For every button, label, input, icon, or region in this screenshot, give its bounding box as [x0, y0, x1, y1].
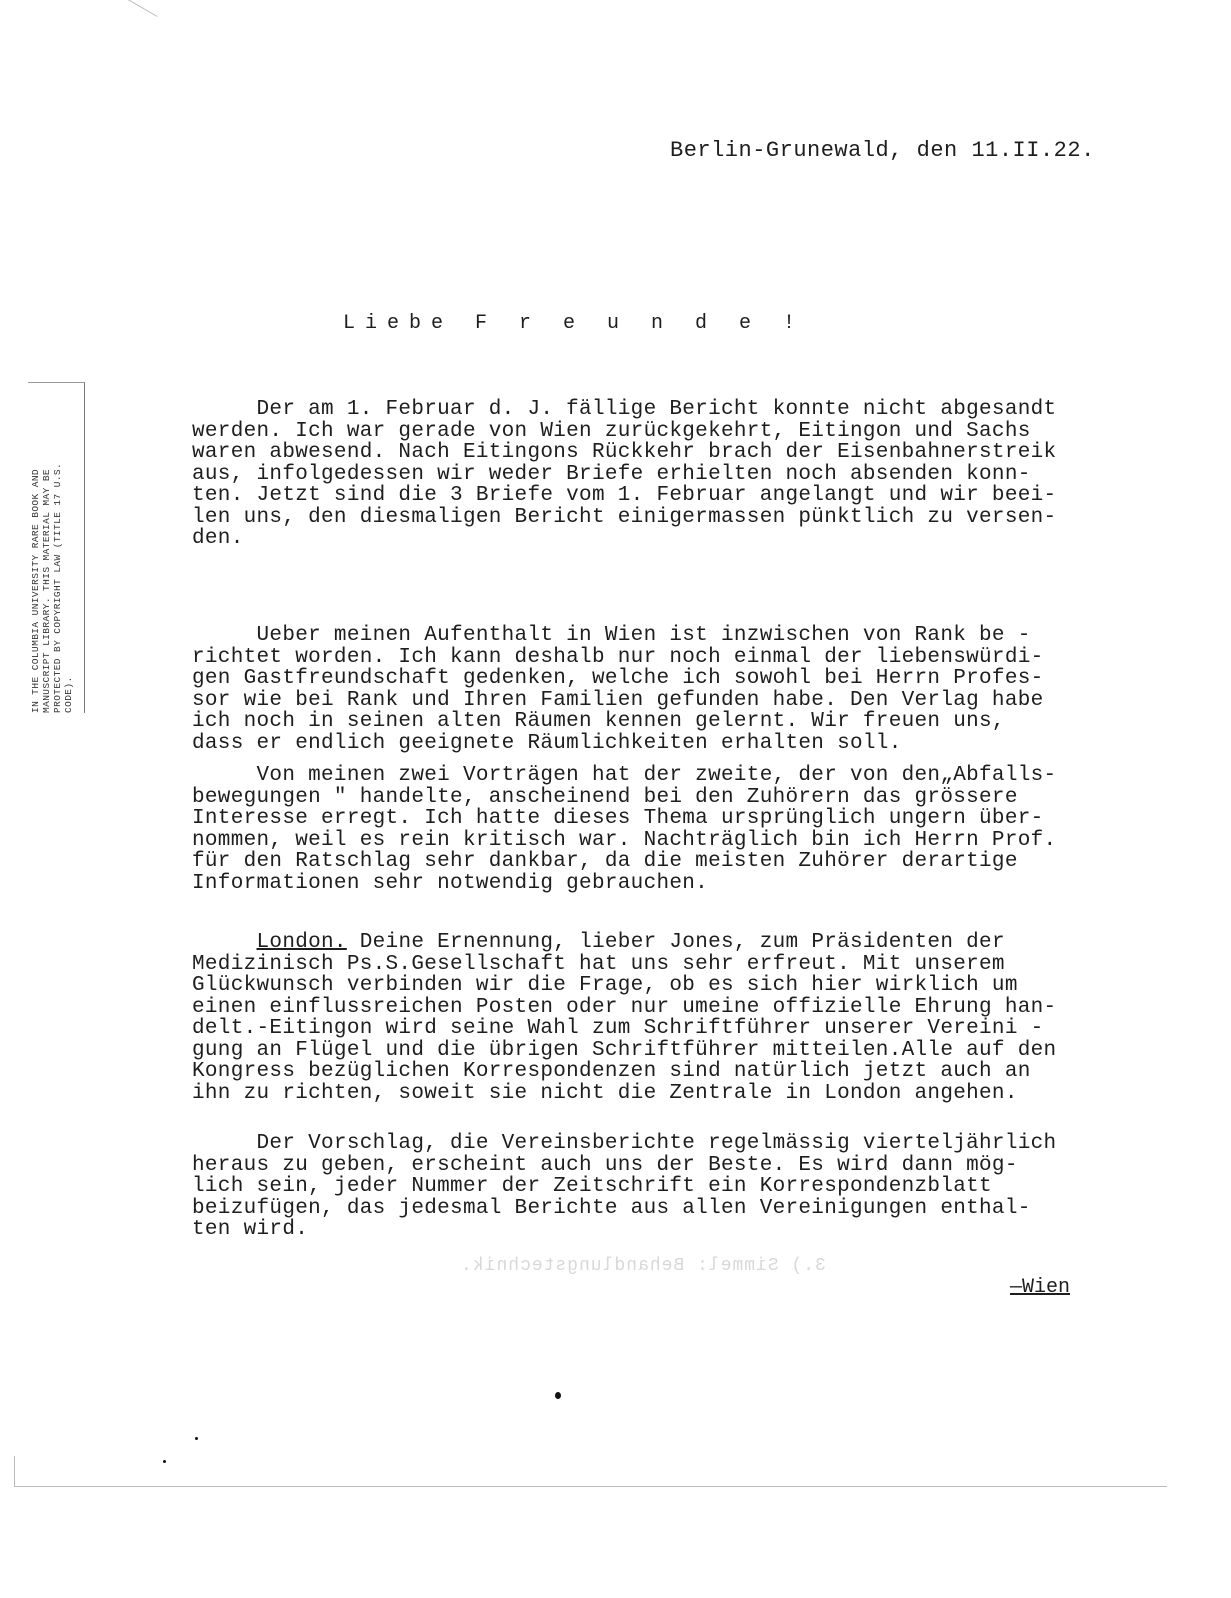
paragraph-1: Der am 1. Februar d. J. fällige Bericht … — [192, 399, 1152, 550]
text-line: heraus zu geben, erscheint auch uns der … — [192, 1155, 1152, 1177]
dateline: Berlin-Grunewald, den 11.II.22. — [670, 138, 1095, 163]
text-line: gen Gastfreundschaft gedenken, welche ic… — [192, 668, 1152, 690]
signoff-wien: —Wien — [1010, 1276, 1070, 1299]
stamp-line: CODE). — [63, 383, 74, 713]
text-line: ten. Jetzt sind die 3 Briefe vom 1. Febr… — [192, 485, 1152, 507]
paragraph-3: Von meinen zwei Vorträgen hat der zweite… — [192, 765, 1152, 894]
text-line: ich noch in seinen alten Räumen kennen g… — [192, 711, 1152, 733]
paragraph-2: Ueber meinen Aufenthalt in Wien ist inzw… — [192, 625, 1152, 754]
text-line: richtet worden. Ich kann deshalb nur noc… — [192, 647, 1152, 669]
text-line: werden. Ich war gerade von Wien zurückge… — [192, 421, 1152, 443]
text-line: bewegungen " handelte, anscheinend bei d… — [192, 787, 1152, 809]
stamp-line: PROTECTED BY COPYRIGHT LAW (TITLE 17 U.S… — [52, 383, 63, 713]
text-line: London. Deine Ernennung, lieber Jones, z… — [192, 932, 1152, 954]
text-line: Der Vorschlag, die Vereinsberichte regel… — [192, 1133, 1152, 1155]
text-line: Kongress bezüglichen Korrespondenzen sin… — [192, 1061, 1152, 1083]
text-fragment: Deine Ernennung, lieber Jones, zum Präsi… — [347, 931, 1005, 954]
section-heading-london: London. — [257, 931, 347, 954]
text-line: delt.-Eitingon wird seine Wahl zum Schri… — [192, 1018, 1152, 1040]
text-line: Der am 1. Februar d. J. fällige Bericht … — [192, 399, 1152, 421]
text-line: Interesse erregt. Ich hatte dieses Thema… — [192, 808, 1152, 830]
text-line: Medizinisch Ps.S.Gesellschaft hat uns se… — [192, 954, 1152, 976]
salutation: Liebe F r e u n d e ! — [343, 312, 805, 335]
text-line: einen einflussreichen Posten oder nur um… — [192, 997, 1152, 1019]
text-line: aus, infolgedessen wir weder Briefe erhi… — [192, 464, 1152, 486]
archive-copyright-stamp: IN THE COLUMBIA UNIVERSITY RARE BOOK AND… — [28, 382, 85, 713]
ink-spot — [555, 1392, 561, 1399]
paragraph-5: Der Vorschlag, die Vereinsberichte regel… — [192, 1133, 1152, 1241]
text-line: Von meinen zwei Vorträgen hat der zweite… — [192, 765, 1152, 787]
text-line: Glückwunsch verbinden wir die Frage, ob … — [192, 975, 1152, 997]
text-line: ihn zu richten, soweit sie nicht die Zen… — [192, 1083, 1152, 1105]
text-line: den. — [192, 528, 1152, 550]
bleed-through-text: 3.) Simmel: Behandlungstechnik. — [460, 1256, 826, 1276]
text-line: gung an Flügel und die übrigen Schriftfü… — [192, 1040, 1152, 1062]
text-line: len uns, den diesmaligen Bericht einiger… — [192, 507, 1152, 529]
paragraph-london: London. Deine Ernennung, lieber Jones, z… — [192, 932, 1152, 1104]
text-line: für den Ratschlag sehr dankbar, da die m… — [192, 851, 1152, 873]
text-line: Ueber meinen Aufenthalt in Wien ist inzw… — [192, 625, 1152, 647]
letter-page: Berlin-Grunewald, den 11.II.22. Liebe F … — [0, 0, 1231, 1598]
scan-frame-edge — [14, 1456, 1167, 1487]
text-line: dass er endlich geeignete Räumlichkeiten… — [192, 733, 1152, 755]
text-line: ten wird. — [192, 1219, 1152, 1241]
text-line: nommen, weil es rein kritisch war. Nacht… — [192, 830, 1152, 852]
text-line: sor wie bei Rank und Ihren Familien gefu… — [192, 690, 1152, 712]
text-line: lich sein, jeder Nummer der Zeitschrift … — [192, 1176, 1152, 1198]
scan-artifact — [122, 0, 157, 17]
stamp-line: IN THE COLUMBIA UNIVERSITY RARE BOOK AND — [30, 383, 41, 713]
text-line: waren abwesend. Nach Eitingons Rückkehr … — [192, 442, 1152, 464]
text-line: Informationen sehr notwendig gebrauchen. — [192, 873, 1152, 895]
text-line: beizufügen, das jedesmal Berichte aus al… — [192, 1198, 1152, 1220]
stamp-text: IN THE COLUMBIA UNIVERSITY RARE BOOK AND… — [30, 383, 74, 713]
ink-spot — [195, 1437, 198, 1440]
stamp-line: MANUSCRIPT LIBRARY. THIS MATERIAL MAY BE — [41, 383, 52, 713]
